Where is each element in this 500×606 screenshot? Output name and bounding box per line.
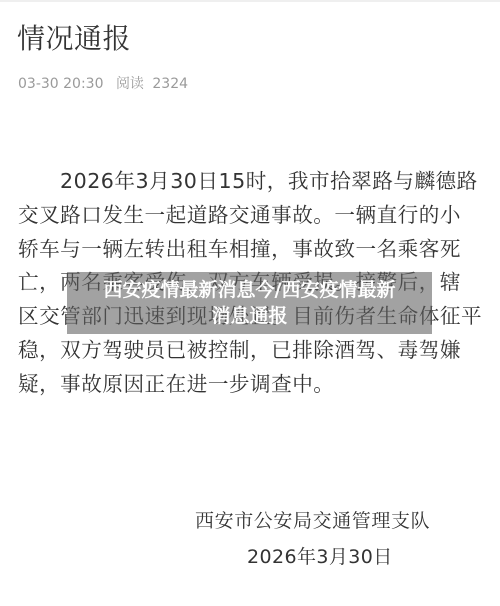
overlay-line-2: 消息通报 xyxy=(67,303,432,329)
body-line: 稳，双方驾驶员已被控制，已排除酒驾、毒驾嫌 xyxy=(18,334,484,368)
article-title: 情况通报 xyxy=(17,20,131,58)
views-count: 2324 xyxy=(152,76,188,92)
body-line: 2026年3月30日15时，我市拾翠路与麟德路 xyxy=(18,165,484,199)
body-line: 轿车与一辆左转出租车相撞，事故致一名乘客死 xyxy=(18,233,484,267)
top-divider xyxy=(0,0,500,2)
signature-date: 2026年3月30日 xyxy=(247,541,393,573)
signature-organization: 西安市公安局交通管理支队 xyxy=(195,505,430,537)
caption-overlay-banner: 西安疫情最新消息今/西安疫情最新 消息通报 xyxy=(67,272,432,334)
views-label: 阅读 xyxy=(116,76,144,92)
publish-datetime: 03-30 20:30 xyxy=(18,76,103,92)
body-line: 疑，事故原因正在进一步调查中。 xyxy=(18,368,484,402)
article-meta: 03-30 20:30 阅读 2324 xyxy=(18,75,188,93)
body-line: 交叉路口发生一起道路交通事故。一辆直行的小 xyxy=(18,199,484,233)
overlay-line-1: 西安疫情最新消息今/西安疫情最新 xyxy=(67,277,432,303)
